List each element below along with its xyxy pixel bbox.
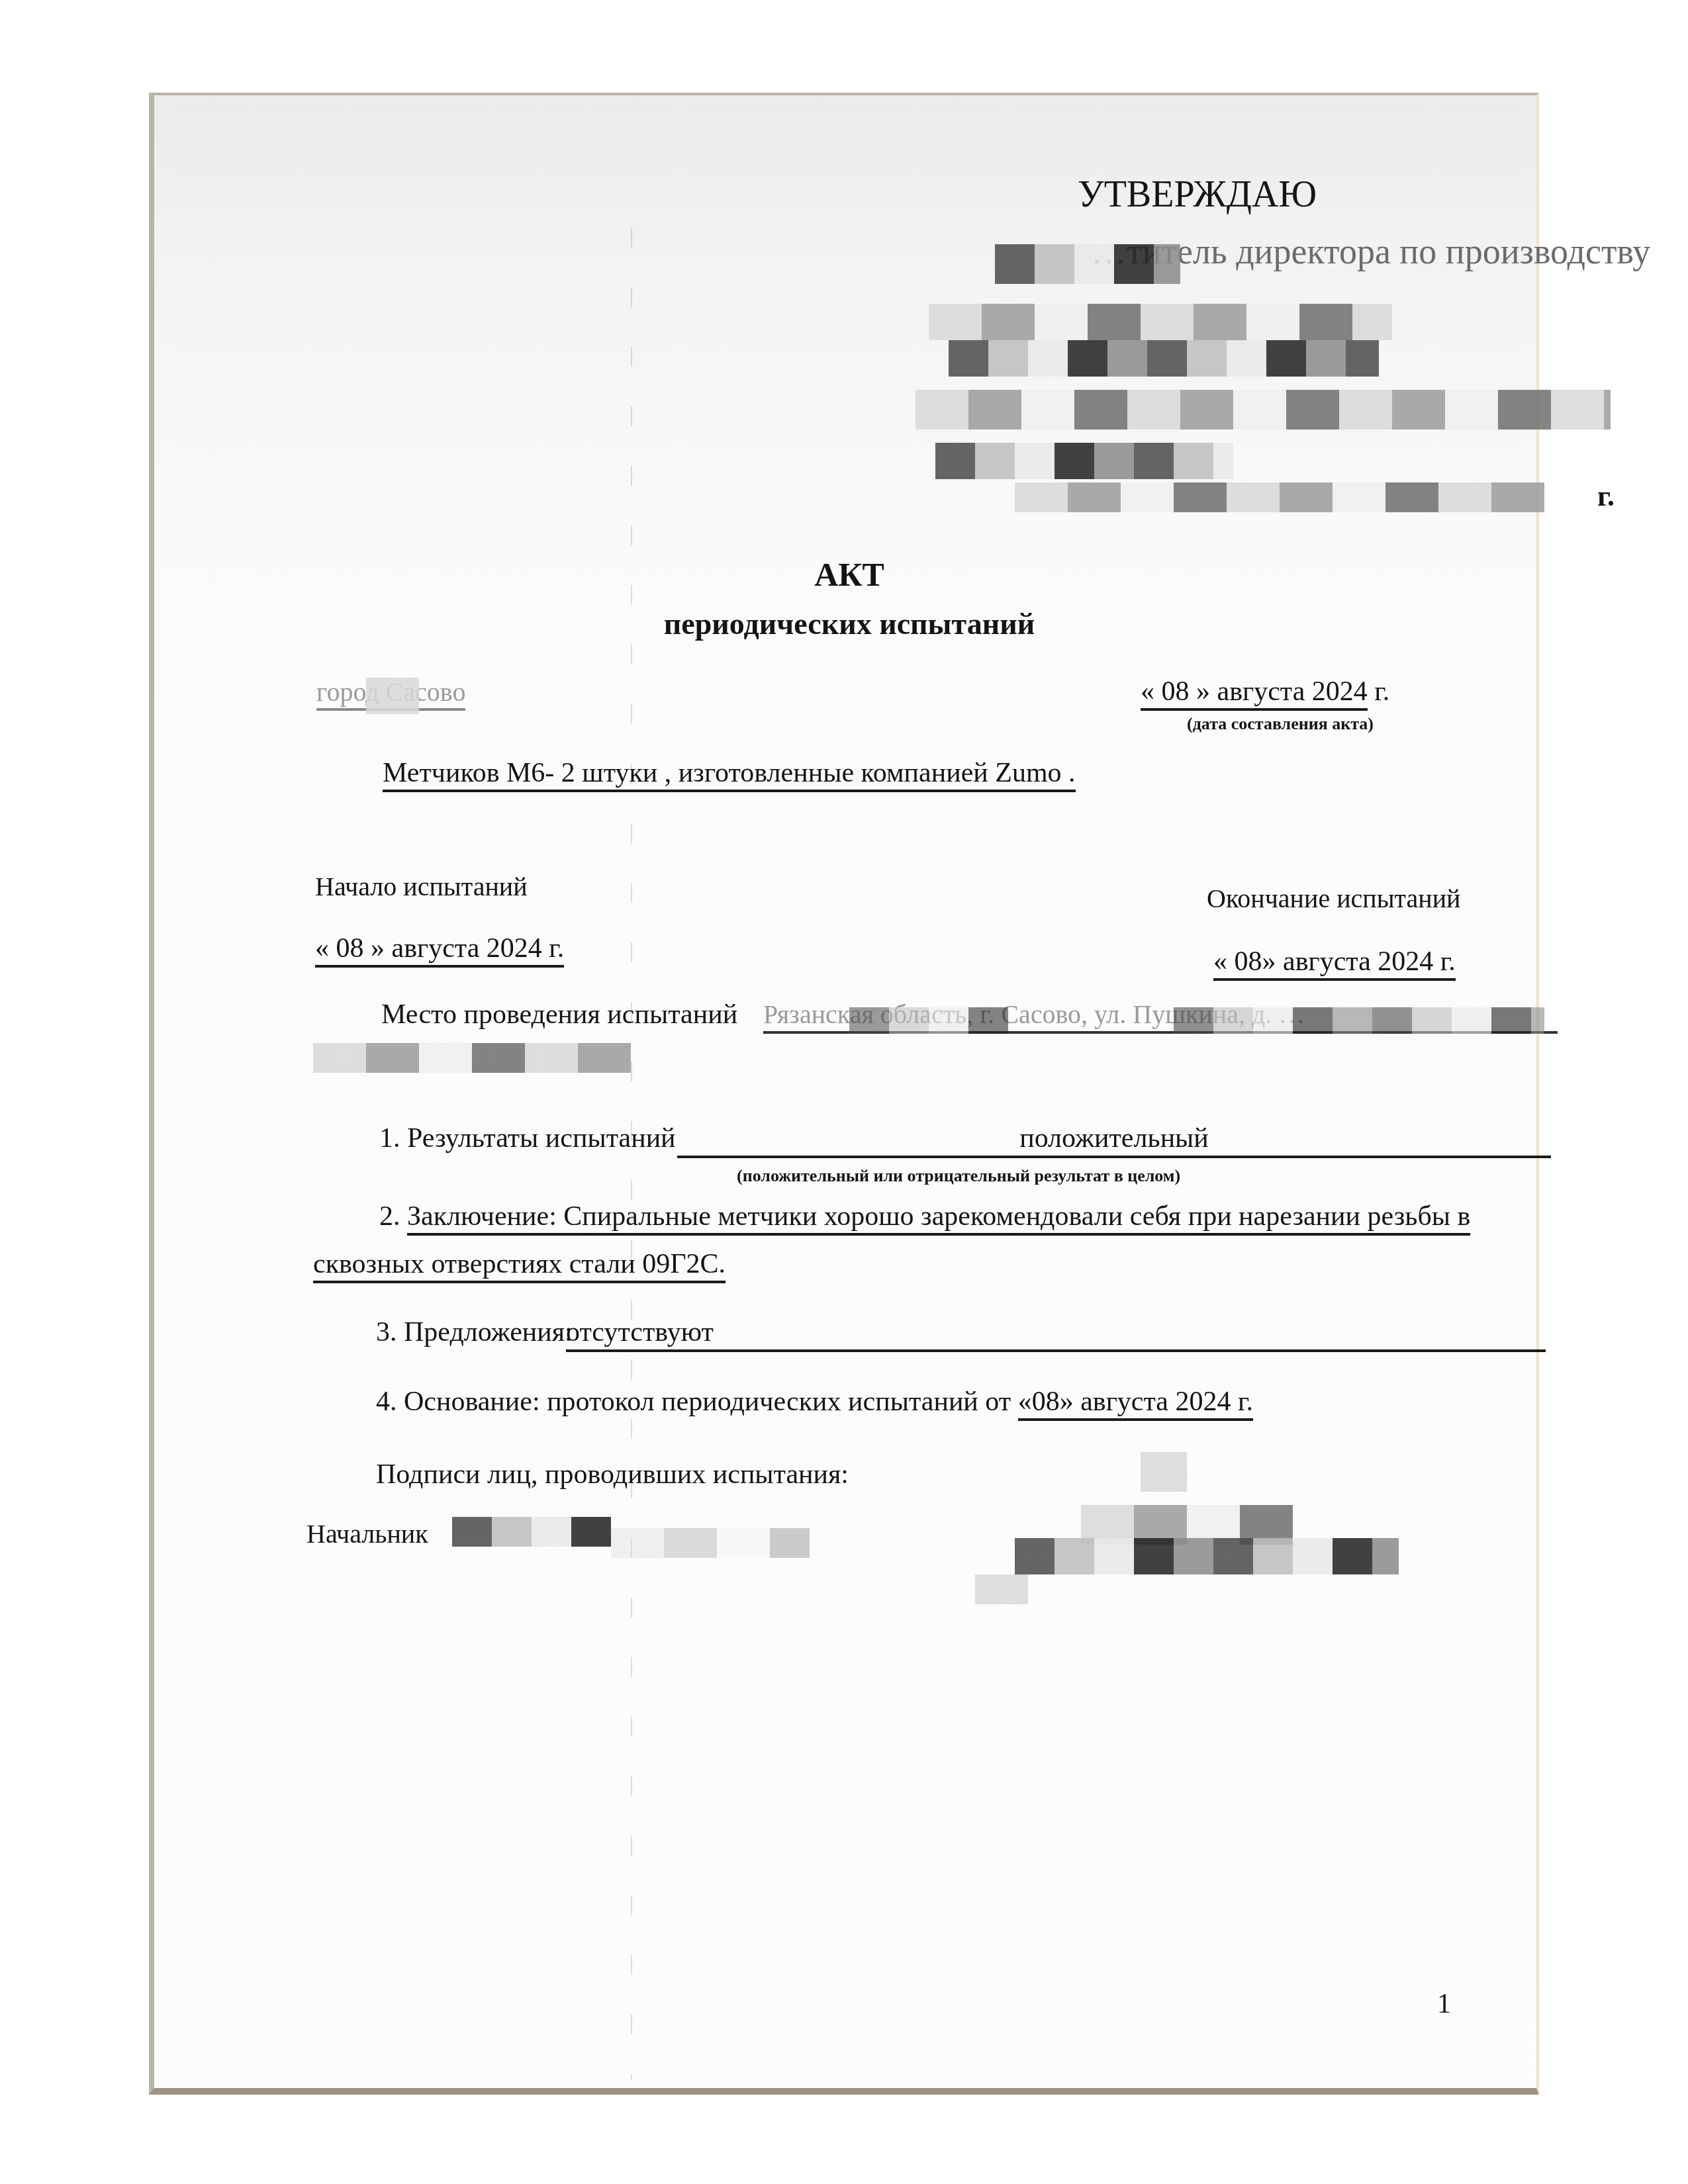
basis-date: «08» августа 2024 г. [1018,1387,1253,1421]
redaction-block [1015,1538,1399,1574]
results-value: положительный [677,1122,1551,1158]
redaction-block [949,340,1379,377]
end-date: « 08» августа 2024 г. [1213,946,1456,978]
redaction-block [1141,1452,1187,1492]
redaction-block [975,1574,1028,1604]
paper-fold-line [631,228,632,2081]
document-title: АКТ [154,555,1544,594]
act-date-value: « 08 » августа 2024 [1141,676,1368,711]
results-caption: (положительный или отрицательный результ… [737,1166,1180,1186]
redaction-block [313,1043,631,1073]
redaction-block [366,678,419,714]
place-label: Место проведения испытаний [381,999,737,1030]
act-date: « 08 » августа 2024 г. [1141,676,1389,707]
basis-label: 4. Основание: протокол периодических исп… [376,1387,1018,1417]
redaction-block [929,304,1392,340]
results-label: 1. Результаты испытаний [379,1122,676,1154]
start-date: « 08 » августа 2024 г. [315,933,564,964]
signatory-role: Начальник [306,1518,428,1549]
document-page: УТВЕРЖДАЮ …титель директора по производс… [149,93,1539,2095]
approval-redacted-area: г. [915,224,1630,575]
conclusion-line-1: 2. Заключение: Спиральные метчики хорошо… [379,1201,1470,1232]
redaction-block [995,244,1180,284]
redaction-block [935,443,1233,479]
test-subject: Метчиков М6- 2 штуки , изготовленные ком… [383,757,1076,789]
end-label: Окончание испытаний [1207,883,1461,914]
proposals-value: отсутствуют [566,1316,1546,1352]
approval-title: УТВЕРЖДАЮ [1078,173,1317,216]
conclusion-line-2: сквозных отверстиях стали 09Г2С. [313,1248,726,1280]
act-date-suffix: г. [1368,676,1390,707]
redaction-block [1015,482,1544,512]
signature-redacted-area [975,1452,1399,1604]
approval-year-suffix: г. [1597,479,1615,513]
redaction-block [1174,1007,1544,1034]
redaction-block [611,1528,810,1558]
redaction-block [452,1517,611,1547]
redaction-block [915,390,1611,430]
start-label: Начало испытаний [315,871,528,902]
act-date-caption: (дата составления акта) [1187,714,1374,734]
signatures-heading: Подписи лиц, проводивших испытания: [376,1459,849,1490]
page-number: 1 [1437,1988,1451,2020]
basis: 4. Основание: протокол периодических исп… [376,1386,1253,1418]
proposals-label: 3. Предложения: [376,1316,573,1348]
redaction-block [849,1007,1008,1034]
document-subtitle: периодических испытаний [154,606,1544,641]
